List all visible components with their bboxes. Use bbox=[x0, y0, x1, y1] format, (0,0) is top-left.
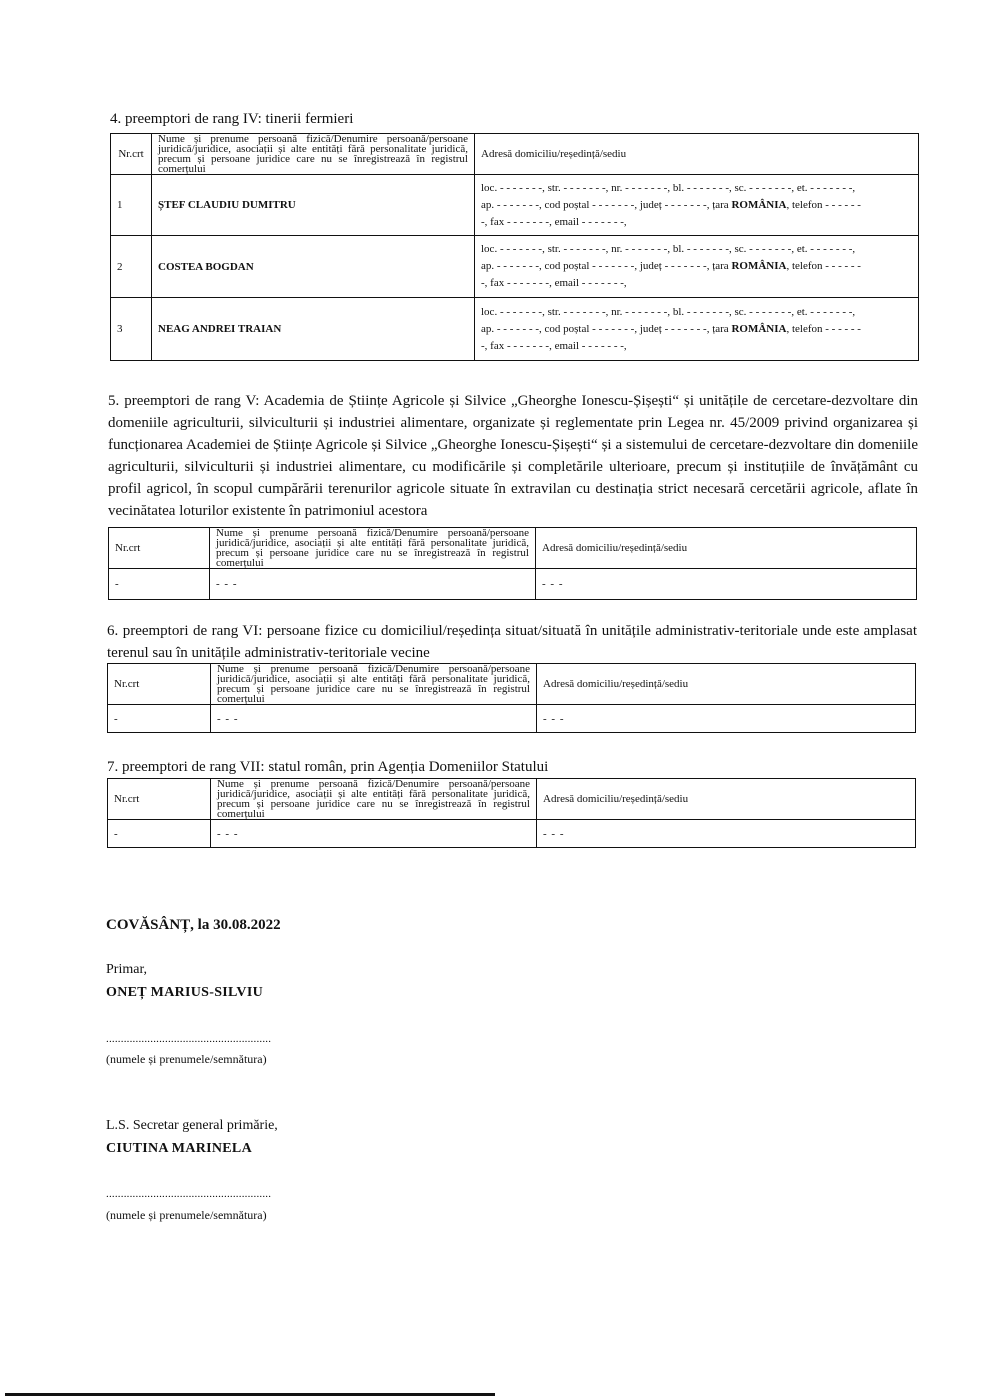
row-nr: - bbox=[109, 569, 210, 600]
row-nr: 2 bbox=[111, 236, 152, 298]
row-address: - - - bbox=[537, 705, 916, 733]
header-address: Adresă domiciliu/reședință/sediu bbox=[537, 779, 916, 820]
header-nr: Nr.crt bbox=[108, 779, 211, 820]
address-line-3: -, fax - - - - - - -, email - - - - - - … bbox=[481, 338, 912, 355]
place-date: COVĂSÂNȚ, la 30.08.2022 bbox=[106, 917, 281, 934]
row-nr: - bbox=[108, 820, 211, 848]
row-name: ȘTEF CLAUDIU DUMITRU bbox=[152, 175, 475, 236]
address-line-3: -, fax - - - - - - -, email - - - - - - … bbox=[481, 214, 912, 231]
row-name: - - - bbox=[211, 705, 537, 733]
row-address: loc. - - - - - - -, str. - - - - - - -, … bbox=[475, 298, 919, 361]
header-name: Nume și prenume persoană fizică/Denumire… bbox=[210, 528, 536, 569]
header-name: Nume și prenume persoană fizică/Denumire… bbox=[152, 134, 475, 175]
row-address: loc. - - - - - - -, str. - - - - - - -, … bbox=[475, 236, 919, 298]
row-nr: 1 bbox=[111, 175, 152, 236]
table-header-row: Nr.crt Nume și prenume persoană fizică/D… bbox=[108, 664, 916, 705]
header-nr: Nr.crt bbox=[109, 528, 210, 569]
header-address: Adresă domiciliu/reședință/sediu bbox=[537, 664, 916, 705]
country: ROMÂNIA bbox=[731, 260, 786, 272]
header-name: Nume și prenume persoană fizică/Denumire… bbox=[211, 664, 537, 705]
table-row: - - - - - - - bbox=[108, 705, 916, 733]
country: ROMÂNIA bbox=[731, 199, 786, 211]
header-nr: Nr.crt bbox=[108, 664, 211, 705]
row-address: loc. - - - - - - -, str. - - - - - - -, … bbox=[475, 175, 919, 236]
address-line-2: ap. - - - - - - -, cod poștal - - - - - … bbox=[481, 321, 912, 338]
header-name: Nume și prenume persoană fizică/Denumire… bbox=[211, 779, 537, 820]
row-name: NEAG ANDREI TRAIAN bbox=[152, 298, 475, 361]
table-header-row: Nr.crt Nume și prenume persoană fizică/D… bbox=[108, 779, 916, 820]
row-address: - - - bbox=[536, 569, 917, 600]
row-name: - - - bbox=[211, 820, 537, 848]
secretary-signature-line: ........................................… bbox=[106, 1188, 328, 1200]
address-line-2: ap. - - - - - - -, cod poștal - - - - - … bbox=[481, 258, 912, 275]
mayor-signature-caption: (numele și prenumele/semnătura) bbox=[106, 1052, 267, 1067]
table-row: 1 ȘTEF CLAUDIU DUMITRU loc. - - - - - - … bbox=[111, 175, 919, 236]
table-row: - - - - - - - bbox=[109, 569, 917, 600]
secretary-signature-caption: (numele și prenumele/semnătura) bbox=[106, 1208, 267, 1223]
country: ROMÂNIA bbox=[731, 323, 786, 335]
address-line-1: loc. - - - - - - -, str. - - - - - - -, … bbox=[481, 180, 912, 197]
header-nr: Nr.crt bbox=[111, 134, 152, 175]
address-line-1: loc. - - - - - - -, str. - - - - - - -, … bbox=[481, 241, 912, 258]
section-6-table: Nr.crt Nume și prenume persoană fizică/D… bbox=[107, 663, 916, 733]
row-nr: 3 bbox=[111, 298, 152, 361]
section-6-heading: 6. preemptori de rang VI: persoane fizic… bbox=[107, 620, 917, 664]
header-address: Adresă domiciliu/reședință/sediu bbox=[475, 134, 919, 175]
table-header-row: Nr.crt Nume și prenume persoană fizică/D… bbox=[109, 528, 917, 569]
address-line-2: ap. - - - - - - -, cod poștal - - - - - … bbox=[481, 197, 912, 214]
header-address: Adresă domiciliu/reședință/sediu bbox=[536, 528, 917, 569]
secretary-title: L.S. Secretar general primărie, bbox=[106, 1118, 278, 1134]
row-address: - - - bbox=[537, 820, 916, 848]
table-row: 3 NEAG ANDREI TRAIAN loc. - - - - - - -,… bbox=[111, 298, 919, 361]
section-7-table: Nr.crt Nume și prenume persoană fizică/D… bbox=[107, 778, 916, 848]
section-5-heading: 5. preemptori de rang V: Academia de Ști… bbox=[108, 390, 918, 522]
row-name: - - - bbox=[210, 569, 536, 600]
table-header-row: Nr.crt Nume și prenume persoană fizică/D… bbox=[111, 134, 919, 175]
address-line-3: -, fax - - - - - - -, email - - - - - - … bbox=[481, 275, 912, 292]
table-row: 2 COSTEA BOGDAN loc. - - - - - - -, str.… bbox=[111, 236, 919, 298]
page-bottom-rule bbox=[5, 1393, 495, 1396]
secretary-name: CIUTINA MARINELA bbox=[106, 1141, 252, 1157]
section-4-table: Nr.crt Nume și prenume persoană fizică/D… bbox=[110, 133, 919, 361]
mayor-signature-line: ........................................… bbox=[106, 1033, 331, 1045]
table-row: - - - - - - - bbox=[108, 820, 916, 848]
section-5-table: Nr.crt Nume și prenume persoană fizică/D… bbox=[108, 527, 917, 600]
address-line-1: loc. - - - - - - -, str. - - - - - - -, … bbox=[481, 304, 912, 321]
mayor-name: ONEȚ MARIUS-SILVIU bbox=[106, 985, 263, 1001]
row-name: COSTEA BOGDAN bbox=[152, 236, 475, 298]
section-7-heading: 7. preemptori de rang VII: statul român,… bbox=[107, 758, 548, 776]
section-4-heading: 4. preemptori de rang IV: tinerii fermie… bbox=[110, 110, 353, 128]
mayor-title: Primar, bbox=[106, 962, 147, 978]
row-nr: - bbox=[108, 705, 211, 733]
